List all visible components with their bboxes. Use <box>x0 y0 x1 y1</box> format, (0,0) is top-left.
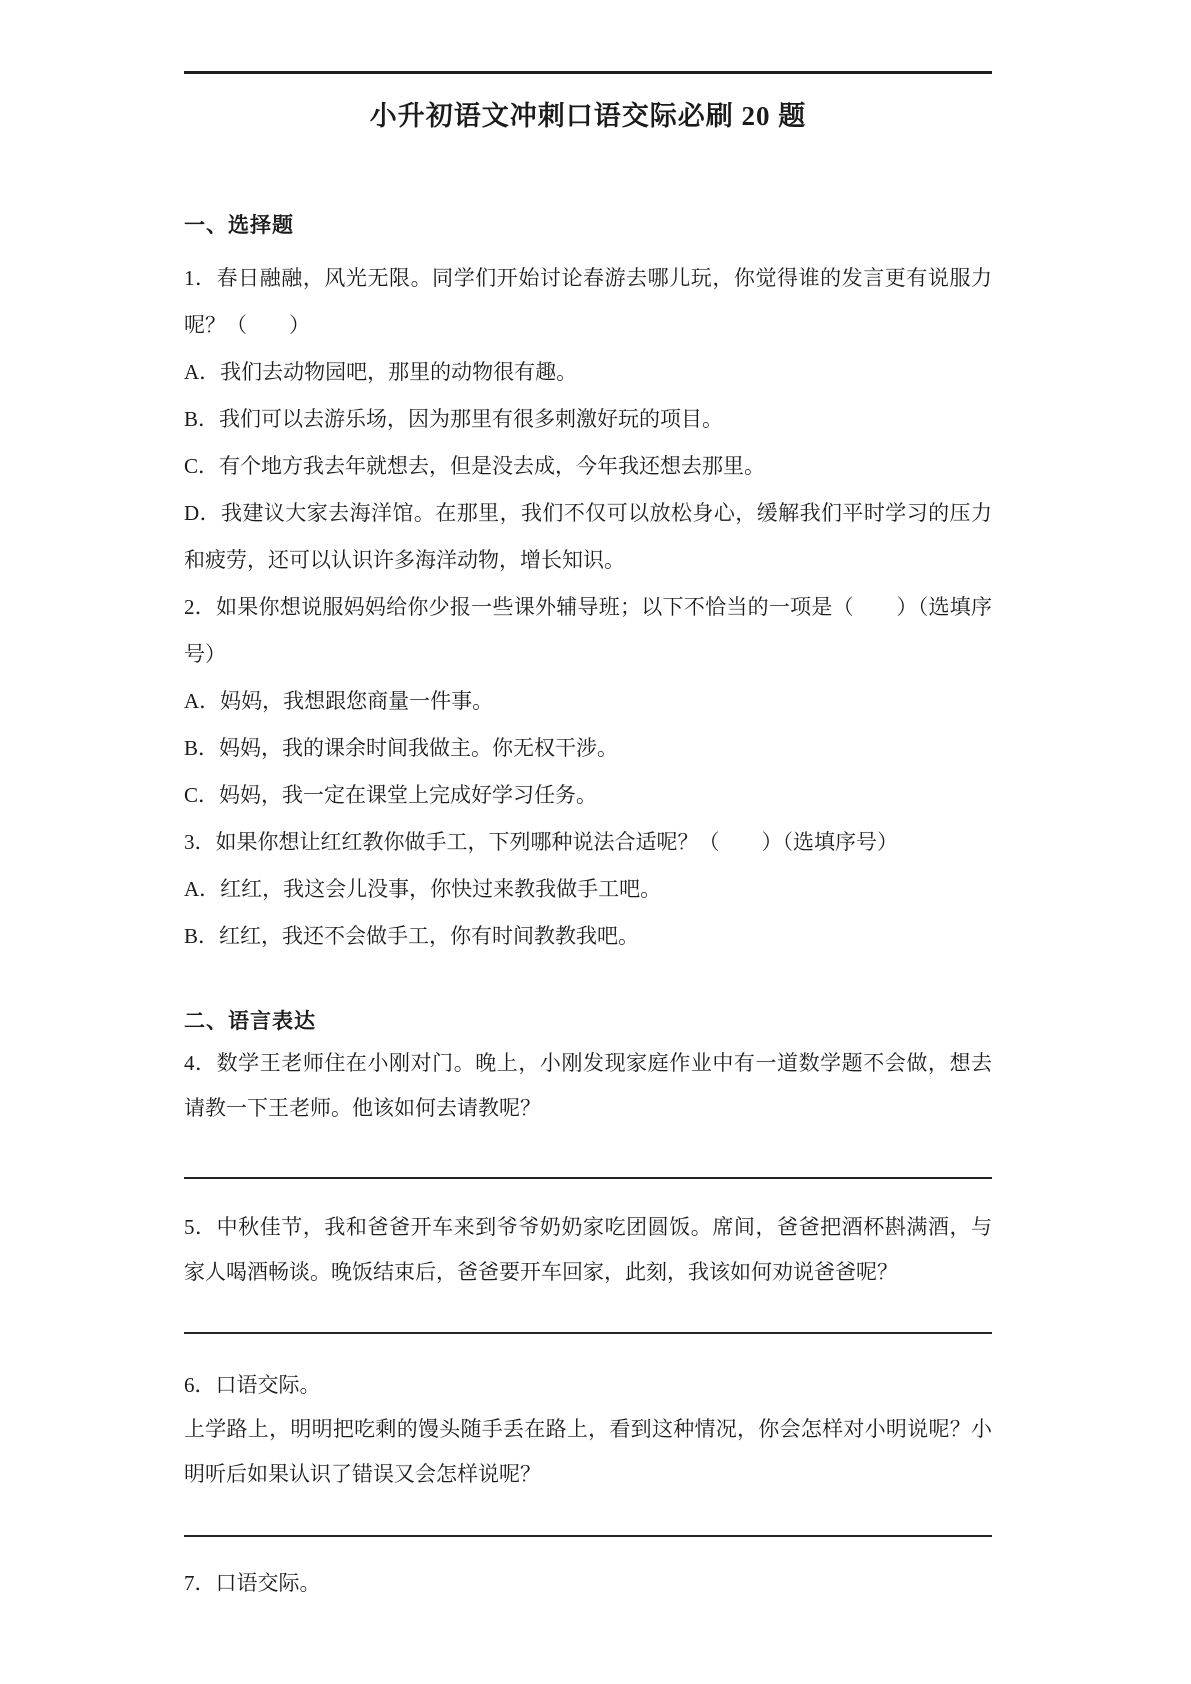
question-6-label: 6．口语交际。 <box>184 1363 992 1408</box>
answer-blank-line-1 <box>184 1177 992 1179</box>
question-2-option-a: A．妈妈，我想跟您商量一件事。 <box>184 678 992 725</box>
question-6: 上学路上，明明把吃剩的馒头随手丢在路上，看到这种情况，你会怎样对小明说呢？小 明… <box>184 1407 992 1497</box>
question-7-label: 7．口语交际。 <box>184 1561 992 1606</box>
answer-blank-line-2 <box>184 1332 992 1334</box>
question-1-option-a: A．我们去动物园吧，那里的动物很有趣。 <box>184 349 992 396</box>
question-2-line-1: 2．如果你想说服妈妈给你少报一些课外辅导班；以下不恰当的一项是（ ）（选填序 <box>184 584 992 631</box>
question-5: 5．中秋佳节，我和爸爸开车来到爷爷奶奶家吃团圆饭。席间，爸爸把酒杯斟满酒，与 家… <box>184 1205 992 1295</box>
question-3-option-a: A．红红，我这会儿没事，你快过来教我做手工吧。 <box>184 866 992 913</box>
question-4-line-1: 4．数学王老师住在小刚对门。晚上，小刚发现家庭作业中有一道数学题不会做，想去 <box>184 1041 992 1086</box>
question-2-line-2: 号） <box>184 631 992 678</box>
question-1-option-b: B．我们可以去游乐场，因为那里有很多刺激好玩的项目。 <box>184 396 992 443</box>
question-1-line-1: 1．春日融融，风光无限。同学们开始讨论春游去哪儿玩，你觉得谁的发言更有说服力 <box>184 255 992 302</box>
question-5-line-2: 家人喝酒畅谈。晚饭结束后，爸爸要开车回家，此刻，我该如何劝说爸爸呢？ <box>184 1250 992 1295</box>
question-3-option-b: B．红红，我还不会做手工，你有时间教教我吧。 <box>184 913 992 960</box>
section-1-heading: 一、选择题 <box>184 212 992 238</box>
document-page: 小升初语文冲刺口语交际必刷 20 题 一、选择题 1．春日融融，风光无限。同学们… <box>0 0 1191 1684</box>
question-1-option-d-line-2: 和疲劳，还可以认识许多海洋动物，增长知识。 <box>184 537 992 584</box>
question-2-option-b: B．妈妈，我的课余时间我做主。你无权干涉。 <box>184 725 992 772</box>
question-4: 4．数学王老师住在小刚对门。晚上，小刚发现家庭作业中有一道数学题不会做，想去 请… <box>184 1041 992 1131</box>
question-5-line-1: 5．中秋佳节，我和爸爸开车来到爷爷奶奶家吃团圆饭。席间，爸爸把酒杯斟满酒，与 <box>184 1205 992 1250</box>
question-6-line-2: 明听后如果认识了错误又会怎样说呢？ <box>184 1452 992 1497</box>
question-4-line-2: 请教一下王老师。他该如何去请教呢？ <box>184 1086 992 1131</box>
question-6-line-1: 上学路上，明明把吃剩的馒头随手丢在路上，看到这种情况，你会怎样对小明说呢？小 <box>184 1407 992 1452</box>
question-3-line: 3．如果你想让红红教你做手工，下列哪种说法合适呢？（ ）（选填序号） <box>184 819 992 866</box>
question-1-option-d-line-1: D．我建议大家去海洋馆。在那里，我们不仅可以放松身心，缓解我们平时学习的压力 <box>184 490 992 537</box>
question-2-option-c: C．妈妈，我一定在课堂上完成好学习任务。 <box>184 772 992 819</box>
answer-blank-line-3 <box>184 1535 992 1537</box>
question-1-line-2: 呢？（ ） <box>184 302 992 349</box>
section-2-heading: 二、语言表达 <box>184 1008 992 1034</box>
question-1-option-c: C．有个地方我去年就想去，但是没去成，今年我还想去那里。 <box>184 443 992 490</box>
page-title: 小升初语文冲刺口语交际必刷 20 题 <box>184 96 992 136</box>
header-rule <box>184 71 992 74</box>
section-1-body: 1．春日融融，风光无限。同学们开始讨论春游去哪儿玩，你觉得谁的发言更有说服力 呢… <box>184 255 992 960</box>
